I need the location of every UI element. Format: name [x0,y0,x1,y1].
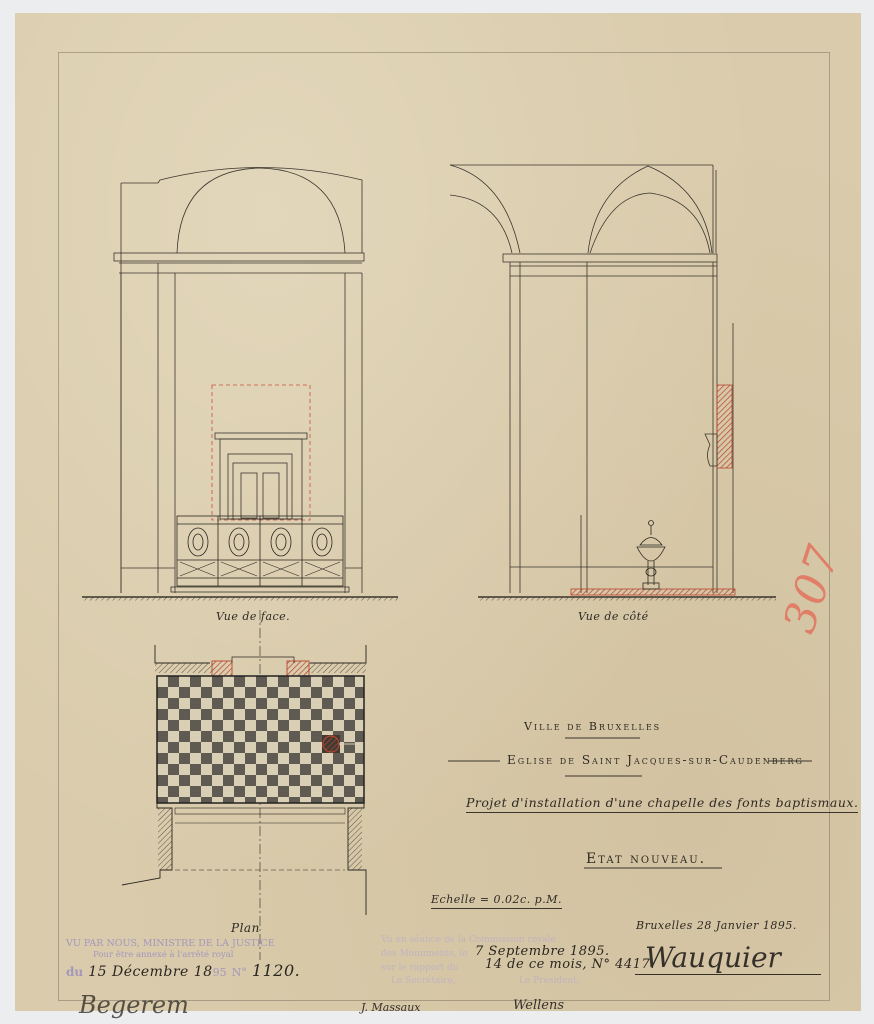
ministry-stamp-line1: VU PAR NOUS, MINISTRE DE LA JUSTICE [66,938,275,949]
ministry-decree-line: du 15 Décembre 1895 N° 1120. [66,961,300,980]
drawing-sheet: Vue de face. Vue de côté Plan 307 Ville … [15,13,861,1011]
commission-line2: des Monuments, le [381,949,468,959]
ministry-year: 95 [213,966,227,979]
president-signature: Wellens [513,998,564,1013]
ministry-stamp-line2: Pour être annexé à l'arrêté royal [93,950,234,960]
side-view-caption: Vue de côté [578,610,649,623]
commission-line3: sur le rapport du [381,963,459,973]
church-title: Eglise de Saint Jacques-sur-Caudenberg [507,753,804,767]
ministry-date: 15 Décembre 18 [88,964,212,980]
side-view [450,165,776,599]
place-date: Bruxelles 28 Janvier 1895. [636,919,797,932]
scale-note: Echelle = 0.02c. p.M. [431,893,562,909]
front-view [82,168,398,600]
ministry-number-label: N° [232,966,247,979]
secretary-signature: J. Massaux [361,1001,421,1014]
project-title: Projet d'installation d'une chapelle des… [466,795,858,813]
ministry-number: 1120. [252,961,300,980]
plan-caption: Plan [231,921,260,935]
commission-secretary-label: Le Secrétaire, [391,976,456,986]
ministry-du: du [66,965,83,979]
front-view-caption: Vue de face. [216,610,290,623]
minister-signature: Begerem [79,991,189,1019]
plan-view [122,610,366,960]
city-title: Ville de Bruxelles [524,720,661,733]
commission-report: 14 de ce mois, N° 4417. [485,957,655,972]
architectural-drawings [15,13,861,1011]
commission-president-label: Le Président, [519,976,580,986]
state-title: Etat nouveau. [586,851,706,867]
architect-signature: Wauquier [635,941,821,975]
